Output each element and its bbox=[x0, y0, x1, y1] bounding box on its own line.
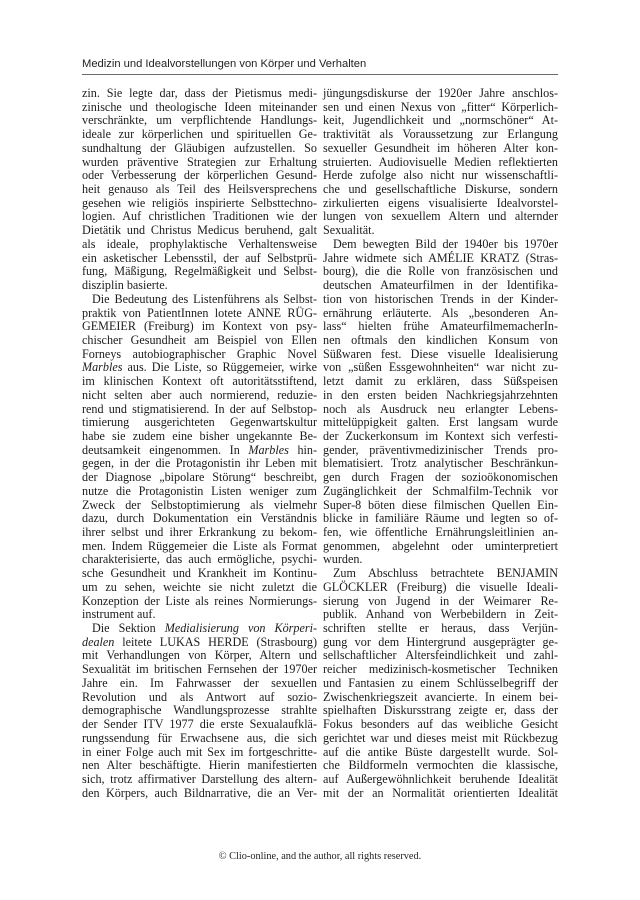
text-line: rungssendung für Erwachsene aus, die sic… bbox=[82, 732, 317, 746]
text-line: Jahre ein. Im Fahrwasser der sexuellen bbox=[82, 677, 317, 691]
text-line: sierung von Jugend in der Weimarer Re- bbox=[323, 595, 558, 609]
text-line: chischer Gesundheit am Beispiel von Elle… bbox=[82, 334, 317, 348]
text-line: der Zuckerkonsum im Kontext sich verfest… bbox=[323, 430, 558, 444]
text-line: reicher medizinisch-kosmetischer Technik… bbox=[323, 663, 558, 677]
text-line: GEMEIER (Freiburg) im Kontext von psy- bbox=[82, 320, 317, 334]
text-line: auf die antike Büste dargestellt wurde. … bbox=[323, 746, 558, 760]
text-line: keit, Jugendlichkeit und „normschöner“ A… bbox=[323, 114, 558, 128]
text-line: der Diagnose „bipolare Störung“ beschrei… bbox=[82, 471, 317, 485]
copyright-footer: © Clio-online, and the author, all right… bbox=[0, 851, 640, 862]
text-line: Konzeption der Liste als reines Normieru… bbox=[82, 595, 317, 609]
text-line: instrument auf. bbox=[82, 608, 317, 622]
text-line: gerichtet war und dieses meist mit Rückb… bbox=[323, 732, 558, 746]
text-line: lass“ hielten frühe AmateurfilmemacherIn… bbox=[323, 320, 558, 334]
text-line: ihrer selbst und ihrer Erkrankung zu bek… bbox=[82, 526, 317, 540]
text-line: genommen, abgelehnt oder uminterpretiert bbox=[323, 540, 558, 554]
text-line: struierten. Audiovisuelle Medien reflekt… bbox=[323, 156, 558, 170]
text-line: Dem bewegten Bild der 1940er bis 1970er bbox=[323, 238, 558, 252]
text-line: Zwischenkriegszeit avancierte. In einem … bbox=[323, 691, 558, 705]
text-line: mittelüppigkeit galten. Erst langsam wur… bbox=[323, 416, 558, 430]
text-line: als ideale, prophylaktische Verhaltenswe… bbox=[82, 238, 317, 252]
text-line: dazu, durch Dokumentation ein Verständni… bbox=[82, 512, 317, 526]
right-column: jüngungsdiskurse der 1920er Jahre anschl… bbox=[323, 87, 558, 800]
text-line: Fokus besonders auf das weibliche Gesich… bbox=[323, 718, 558, 732]
left-column: zin. Sie legte dar, dass der Pietismus m… bbox=[82, 87, 317, 800]
text-line: men. Indem Rüggemeier die Liste als Form… bbox=[82, 540, 317, 554]
text-line: fung, Mäßigung, Regelmäßigkeit und Selbs… bbox=[82, 265, 317, 279]
italic-title: Medialisierung von Körperi- bbox=[165, 621, 317, 635]
text-line: heit genauso als Teil des Heilsversprech… bbox=[82, 183, 317, 197]
text-line: nen oftmals den kindlichen Konsum von bbox=[323, 334, 558, 348]
text-line: dealen leitete LUKAS HERDE (Strasbourg) bbox=[82, 636, 317, 650]
italic-title: dealen bbox=[82, 635, 114, 649]
text-line: fen, wie öffentliche Ernährungsleitlinie… bbox=[323, 526, 558, 540]
text-line: Marbles aus. Die Liste, so Rüggemeier, w… bbox=[82, 361, 317, 375]
running-title: Medizin und Idealvorstellungen von Körpe… bbox=[82, 58, 366, 70]
text-line: charakterisierte, das auch ermögliche, p… bbox=[82, 553, 317, 567]
text-line: in den ersten beiden Nachkriegsjahrzehnt… bbox=[323, 389, 558, 403]
text-line: GLÖCKLER (Freiburg) die visuelle Ideali- bbox=[323, 581, 558, 595]
text-line: ernährung erläuterte. Als „besonderen An… bbox=[323, 307, 558, 321]
text-line: ein asketischer Lebensstil, der auf Selb… bbox=[82, 252, 317, 266]
text-line: disziplin basierte. bbox=[82, 279, 317, 293]
text-line: che und gesellschaftliche Diskurse, sond… bbox=[323, 183, 558, 197]
text-line: praktik von PatientInnen lotete ANNE RÜG… bbox=[82, 307, 317, 321]
text-line: tion von historischen Trends in der Kind… bbox=[323, 293, 558, 307]
text-line: publik. Anhand von Werbebildern in Zeit- bbox=[323, 608, 558, 622]
text-line: logien. Auf christlichen Traditionen wie… bbox=[82, 210, 317, 224]
text-line: wurden präventive Strategien zur Erhaltu… bbox=[82, 156, 317, 170]
text-line: blicke in familiäre Räume und legten so … bbox=[323, 512, 558, 526]
text-line: traktivität als Voraussetzung zur Erlang… bbox=[323, 128, 558, 142]
text-line: nen Alter beschäftigte. Hierin manifesti… bbox=[82, 759, 317, 773]
text-line: deutschen Amateurfilmen in der Identifik… bbox=[323, 279, 558, 293]
running-header: Medizin und Idealvorstellungen von Körpe… bbox=[82, 58, 558, 75]
text-line: Zugänglichkeit der Schmalfilm-Technik vo… bbox=[323, 485, 558, 499]
text-line: wurden. bbox=[323, 553, 558, 567]
text-line: zirkulierten eigens visualisierte Idealv… bbox=[323, 197, 558, 211]
text-line: che Bildformeln vermochten die klassisch… bbox=[323, 759, 558, 773]
text-line: Sexualität im britischen Fernsehen der 1… bbox=[82, 663, 317, 677]
text-line: von „süßen Essgewohnheiten“ war nicht zu… bbox=[323, 361, 558, 375]
text-line: der Sender ITV 1977 die erste Sexualaufk… bbox=[82, 718, 317, 732]
text-line: gender, präventivmedizinischer Trends pr… bbox=[323, 444, 558, 458]
text-line: Die Sektion Medialisierung von Körperi- bbox=[82, 622, 317, 636]
text-line: nutze die Protagonistin Listen weniger z… bbox=[82, 485, 317, 499]
text-line: timierung ausgerichteten Gegenwartskultu… bbox=[82, 416, 317, 430]
text-line: gen durch Fragen der sozioökonomischen bbox=[323, 471, 558, 485]
text-line: sundhaltung der Gläubigen aufzustellen. … bbox=[82, 142, 317, 156]
text-line: noch als Ausdruck neu erlangter Lebens- bbox=[323, 403, 558, 417]
text-line: sich, trotz affirmativer Darstellung des… bbox=[82, 773, 317, 787]
text-line: Sexualität. bbox=[323, 224, 558, 238]
text-line: sexueller Gesundheit im höheren Alter ko… bbox=[323, 142, 558, 156]
text-line: gung vor dem Hintergrund ausgeprägter ge… bbox=[323, 636, 558, 650]
text-line: mit der an Normalität orientierten Ideal… bbox=[323, 787, 558, 801]
text-line: gegen, in der die Protagonistin ihr Lebe… bbox=[82, 457, 317, 471]
text-line: Forneys autobiographischer Graphic Novel bbox=[82, 348, 317, 362]
text-line: Jahre widmete sich AMÉLIE KRATZ (Stras- bbox=[323, 252, 558, 266]
text-line: deutsamkeit eingenommen. In Marbles hin- bbox=[82, 444, 317, 458]
text-line: im klinischen Kontext oft autoritätsstif… bbox=[82, 375, 317, 389]
text-line: um zu sehen, weichte sie nicht zuletzt d… bbox=[82, 581, 317, 595]
text-line: Super-8 böten diese filmischen Quellen E… bbox=[323, 499, 558, 513]
text-line: ideale zur körperlichen und spirituellen… bbox=[82, 128, 317, 142]
text-line: jüngungsdiskurse der 1920er Jahre anschl… bbox=[323, 87, 558, 101]
copyright-text: © Clio-online, and the author, all right… bbox=[219, 851, 421, 862]
text-line: bourg), die die Rolle von französischen … bbox=[323, 265, 558, 279]
text-line: sellschaftlicher Altersfeindlichkeit und… bbox=[323, 649, 558, 663]
text-line: demographische Wandlungsprozesse strahlt… bbox=[82, 704, 317, 718]
text-line: zinische und theologische Ideen miteinan… bbox=[82, 101, 317, 115]
text-line: sen und einen Nexus von „fitter“ Körperl… bbox=[323, 101, 558, 115]
text-line: Die Bedeutung des Listenführens als Selb… bbox=[82, 293, 317, 307]
text-line: sche Gesundheit und Krankheit im Kontinu… bbox=[82, 567, 317, 581]
text-line: rend und stigmatisierend. In der auf Sel… bbox=[82, 403, 317, 417]
text-line: nicht selten aber auch normierend, reduz… bbox=[82, 389, 317, 403]
text-line: mit Verhandlungen von Körper, Altern und bbox=[82, 649, 317, 663]
text-line: Dietätik und Christus Medicus beruhend, … bbox=[82, 224, 317, 238]
text-line: den Körpers, auch Bildnarrative, die an … bbox=[82, 787, 317, 801]
text-line: habe sie zudem eine bisher ungekannte Be… bbox=[82, 430, 317, 444]
text-line: spielhaften Diskursstrang zeigte er, das… bbox=[323, 704, 558, 718]
italic-title: Marbles bbox=[248, 443, 288, 457]
text-line: gesehen wie religiös inspirierte Selbstt… bbox=[82, 197, 317, 211]
text-line: und Fantasien zu einem Schlüsselbegriff … bbox=[323, 677, 558, 691]
text-line: zin. Sie legte dar, dass der Pietismus m… bbox=[82, 87, 317, 101]
text-line: Herde zufolge also nicht nur wissenschaf… bbox=[323, 169, 558, 183]
text-line: Zum Abschluss betrachtete BENJAMIN bbox=[323, 567, 558, 581]
text-line: oder Verbesserung der körperlichen Gesun… bbox=[82, 169, 317, 183]
text-line: Zweck der Selbstoptimierung als vielmehr bbox=[82, 499, 317, 513]
text-line: blematisiert. Trotz analytischer Beschrä… bbox=[323, 457, 558, 471]
text-line: letzt damit zu erklären, dass Süßspeisen bbox=[323, 375, 558, 389]
text-line: Süßwaren fest. Diese visuelle Idealisier… bbox=[323, 348, 558, 362]
text-line: verschränkte, um verpflichtende Handlung… bbox=[82, 114, 317, 128]
text-line: auf Außergewöhnlichkeit beruhende Ideali… bbox=[323, 773, 558, 787]
text-line: in einer Folge auch mit Sex im fortgesch… bbox=[82, 746, 317, 760]
text-line: schriften stellte er heraus, dass Verjün… bbox=[323, 622, 558, 636]
italic-title: Marbles bbox=[82, 360, 122, 374]
text-line: lungen von sexuellem Altern und alternde… bbox=[323, 210, 558, 224]
text-line: Revolution und als Antwort auf sozio- bbox=[82, 691, 317, 705]
